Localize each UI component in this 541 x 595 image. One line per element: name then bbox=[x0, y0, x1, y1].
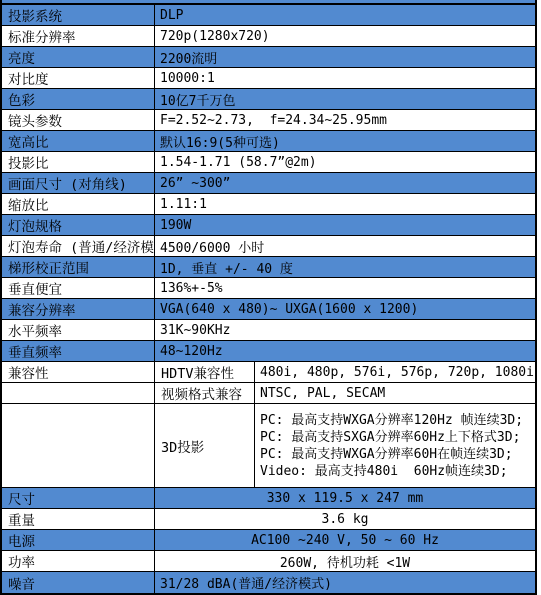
spec-row: 灯泡寿命 (普通/经济模式)*4500/6000 小时 bbox=[2, 236, 535, 257]
spec-value: 1.11:1 bbox=[155, 194, 535, 214]
projector-spec-table: 投影系统DLP标准分辨率720p(1280x720)亮度2200流明对比度100… bbox=[0, 0, 537, 595]
spec-label: 灯泡规格 bbox=[2, 215, 155, 235]
spec-row: 水平频率31K~90KHz bbox=[2, 320, 535, 341]
spec-label: 标准分辨率 bbox=[2, 26, 155, 46]
spec-label: 垂直便宜 bbox=[2, 278, 155, 298]
spec-label: 梯形校正范围 bbox=[2, 257, 155, 277]
spec-value: 260W, 待机功耗 <1W bbox=[155, 551, 535, 571]
spec-row: 重量3.6 kg bbox=[2, 509, 535, 530]
spec-value: 31/28 dBA(普通/经济模式) bbox=[155, 572, 535, 593]
spec-label: 缩放比 bbox=[2, 194, 155, 214]
spec-label: 宽高比 bbox=[2, 131, 155, 151]
spec-row: 尺寸330 x 119.5 x 247 mm bbox=[2, 488, 535, 509]
spec-sublabel: 视频格式兼容 bbox=[155, 383, 255, 403]
spec-label: 功率 bbox=[2, 551, 155, 571]
spec-row: 垂直频率48~120Hz bbox=[2, 341, 535, 362]
spec-row: 梯形校正范围1D, 垂直 +/- 40 度 bbox=[2, 257, 535, 278]
spec-label: 尺寸 bbox=[2, 488, 155, 508]
spec-row: 兼容分辨率VGA(640 x 480)~ UXGA(1600 x 1200) bbox=[2, 299, 535, 320]
spec-value: 190W bbox=[155, 215, 535, 235]
spec-row: 宽高比默认16:9(5种可选) bbox=[2, 131, 535, 152]
spec-value: 默认16:9(5种可选) bbox=[155, 131, 535, 151]
spec-row: 3D投影PC: 最高支持WXGA分辨率120Hz 帧连续3D;PC: 最高支持S… bbox=[2, 404, 535, 488]
spec-value: 1D, 垂直 +/- 40 度 bbox=[155, 257, 535, 277]
spec-row: 电源AC100 ~240 V, 50 ~ 60 Hz bbox=[2, 530, 535, 551]
spec-value: 26” ~300” bbox=[155, 173, 535, 193]
spec-value: PC: 最高支持WXGA分辨率120Hz 帧连续3D;PC: 最高支持SXGA分… bbox=[255, 404, 535, 487]
spec-row: 灯泡规格190W bbox=[2, 215, 535, 236]
spec-value: 48~120Hz bbox=[155, 341, 535, 361]
spec-label: 亮度 bbox=[2, 47, 155, 67]
spec-value: 480i, 480p, 576i, 576p, 720p, 1080i, 108… bbox=[255, 362, 535, 382]
spec-label: 色彩 bbox=[2, 89, 155, 109]
spec-row: 视频格式兼容NTSC, PAL, SECAM bbox=[2, 383, 535, 404]
spec-value: VGA(640 x 480)~ UXGA(1600 x 1200) bbox=[155, 299, 535, 319]
spec-value: 10亿7千万色 bbox=[155, 89, 535, 109]
spec-row: 兼容性HDTV兼容性480i, 480p, 576i, 576p, 720p, … bbox=[2, 362, 535, 383]
spec-value-line: Video: 最高支持480i 60Hz帧连续3D; bbox=[260, 463, 508, 480]
spec-value: 720p(1280x720) bbox=[155, 26, 535, 46]
spec-row: 缩放比1.11:1 bbox=[2, 194, 535, 215]
spec-value-line: PC: 最高支持WXGA分辨率60H在帧连续3D; bbox=[260, 446, 513, 463]
spec-value: NTSC, PAL, SECAM bbox=[255, 383, 535, 403]
spec-label: 噪音 bbox=[2, 572, 155, 593]
spec-value: 10000:1 bbox=[155, 68, 535, 88]
spec-row: 镜头参数F=2.52~2.73, f=24.34~25.95mm bbox=[2, 110, 535, 131]
spec-value: 31K~90KHz bbox=[155, 320, 535, 340]
spec-value: DLP bbox=[155, 5, 535, 25]
spec-label: 电源 bbox=[2, 530, 155, 550]
spec-row: 噪音31/28 dBA(普通/经济模式) bbox=[2, 572, 535, 593]
spec-label: 兼容分辨率 bbox=[2, 299, 155, 319]
spec-label: 投影系统 bbox=[2, 5, 155, 25]
spec-label bbox=[2, 404, 155, 487]
spec-value: AC100 ~240 V, 50 ~ 60 Hz bbox=[155, 530, 535, 550]
spec-row: 垂直便宜136%+-5% bbox=[2, 278, 535, 299]
spec-row: 投影系统DLP bbox=[2, 5, 535, 26]
spec-value: 330 x 119.5 x 247 mm bbox=[155, 488, 535, 508]
spec-row: 对比度10000:1 bbox=[2, 68, 535, 89]
spec-label: 对比度 bbox=[2, 68, 155, 88]
spec-value: 136%+-5% bbox=[155, 278, 535, 298]
spec-label: 兼容性 bbox=[2, 362, 155, 382]
spec-label bbox=[2, 383, 155, 403]
spec-sublabel: 3D投影 bbox=[155, 404, 255, 487]
spec-value: F=2.52~2.73, f=24.34~25.95mm bbox=[155, 110, 535, 130]
spec-value: 3.6 kg bbox=[155, 509, 535, 529]
spec-row: 功率260W, 待机功耗 <1W bbox=[2, 551, 535, 572]
spec-row: 色彩10亿7千万色 bbox=[2, 89, 535, 110]
spec-label: 重量 bbox=[2, 509, 155, 529]
spec-row: 亮度2200流明 bbox=[2, 47, 535, 68]
spec-value-line: PC: 最高支持SXGA分辨率60Hz上下格式3D; bbox=[260, 429, 520, 446]
spec-value: 2200流明 bbox=[155, 47, 535, 67]
spec-label: 垂直频率 bbox=[2, 341, 155, 361]
spec-label: 投影比 bbox=[2, 152, 155, 172]
spec-value: 1.54-1.71 (58.7”@2m) bbox=[155, 152, 535, 172]
spec-value: 4500/6000 小时 bbox=[155, 236, 535, 256]
spec-label: 水平频率 bbox=[2, 320, 155, 340]
spec-row: 标准分辨率720p(1280x720) bbox=[2, 26, 535, 47]
spec-sublabel: HDTV兼容性 bbox=[155, 362, 255, 382]
spec-label: 灯泡寿命 (普通/经济模式)* bbox=[2, 236, 155, 256]
spec-label: 画面尺寸 (对角线) bbox=[2, 173, 155, 193]
spec-row: 画面尺寸 (对角线)26” ~300” bbox=[2, 173, 535, 194]
spec-label: 镜头参数 bbox=[2, 110, 155, 130]
spec-table-rows: 投影系统DLP标准分辨率720p(1280x720)亮度2200流明对比度100… bbox=[2, 5, 535, 593]
spec-value-line: PC: 最高支持WXGA分辨率120Hz 帧连续3D; bbox=[260, 412, 523, 429]
spec-row: 投影比1.54-1.71 (58.7”@2m) bbox=[2, 152, 535, 173]
